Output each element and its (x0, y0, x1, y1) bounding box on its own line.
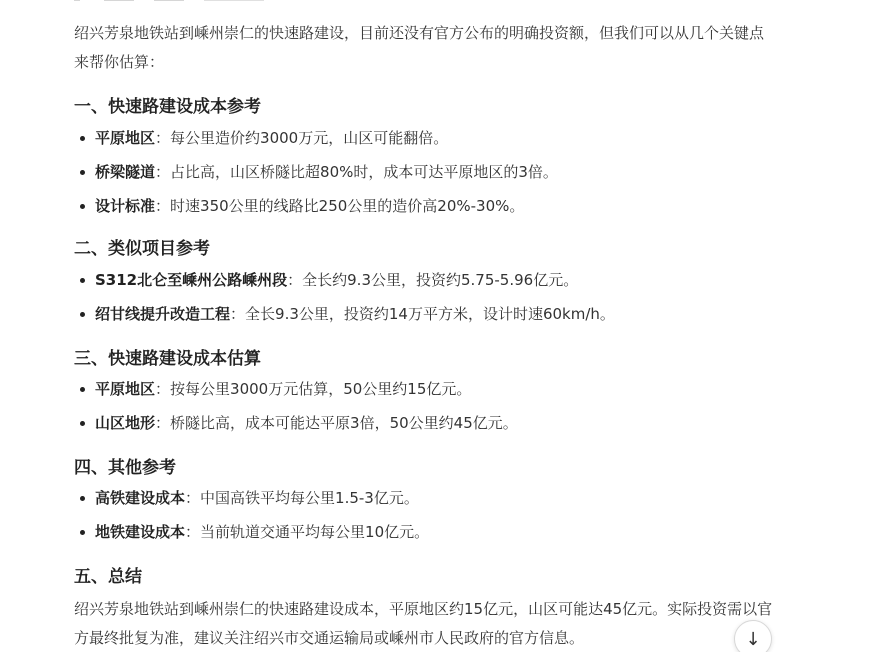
list-item: 平原地区：每公里造价约3000万元，山区可能翻倍。 (74, 121, 774, 155)
section-list-1: 平原地区：每公里造价约3000万元，山区可能翻倍。 桥梁隧道：占比高，山区桥隧比… (74, 121, 774, 223)
list-item: 山区地形：桥隧比高，成本可能达平原3倍，50公里约45亿元。 (74, 406, 774, 440)
section-list-3: 平原地区：按每公里3000万元估算，50公里约15亿元。 山区地形：桥隧比高，成… (74, 372, 774, 440)
clipped-previous-line (74, 0, 264, 4)
section-heading-2: 二、类似项目参考 (74, 234, 210, 259)
section-heading-4: 四、其他参考 (74, 453, 176, 478)
bullet-icon (80, 312, 85, 317)
summary-paragraph: 绍兴芳泉地铁站到嵊州崇仁的快速路建设成本，平原地区约15亿元，山区可能达45亿元… (74, 595, 774, 652)
list-item: 绍甘线提升改造工程：全长9.3公里，投资约14万平方米，设计时速60km/h。 (74, 297, 774, 331)
list-item: 设计标准：时速350公里的线路比250公里的造价高20%-30%。 (74, 189, 774, 223)
section-list-4: 高铁建设成本：中国高铁平均每公里1.5-3亿元。 地铁建设成本：当前轨道交通平均… (74, 481, 774, 549)
bullet-icon (80, 496, 85, 501)
intro-paragraph: 绍兴芳泉地铁站到嵊州崇仁的快速路建设，目前还没有官方公布的明确投资额，但我们可以… (74, 19, 774, 77)
bullet-icon (80, 204, 85, 209)
list-item: 高铁建设成本：中国高铁平均每公里1.5-3亿元。 (74, 481, 774, 515)
bullet-icon (80, 136, 85, 141)
bullet-icon (80, 278, 85, 283)
list-item: 地铁建设成本：当前轨道交通平均每公里10亿元。 (74, 515, 774, 549)
section-heading-3: 三、快速路建设成本估算 (74, 344, 261, 369)
section-heading-5: 五、总结 (74, 562, 142, 587)
bullet-icon (80, 421, 85, 426)
list-item: S312北仑至嵊州公路嵊州段：全长约9.3公里，投资约5.75-5.96亿元。 (74, 263, 774, 297)
list-item: 桥梁隧道：占比高，山区桥隧比超80%时，成本可达平原地区的3倍。 (74, 155, 774, 189)
bullet-icon (80, 170, 85, 175)
arrow-down-icon: ↓ (745, 629, 760, 650)
bullet-icon (80, 387, 85, 392)
section-heading-1: 一、快速路建设成本参考 (74, 92, 261, 117)
bullet-icon (80, 530, 85, 535)
section-list-2: S312北仑至嵊州公路嵊州段：全长约9.3公里，投资约5.75-5.96亿元。 … (74, 263, 774, 331)
list-item: 平原地区：按每公里3000万元估算，50公里约15亿元。 (74, 372, 774, 406)
scroll-to-bottom-button[interactable]: ↓ (734, 620, 772, 652)
